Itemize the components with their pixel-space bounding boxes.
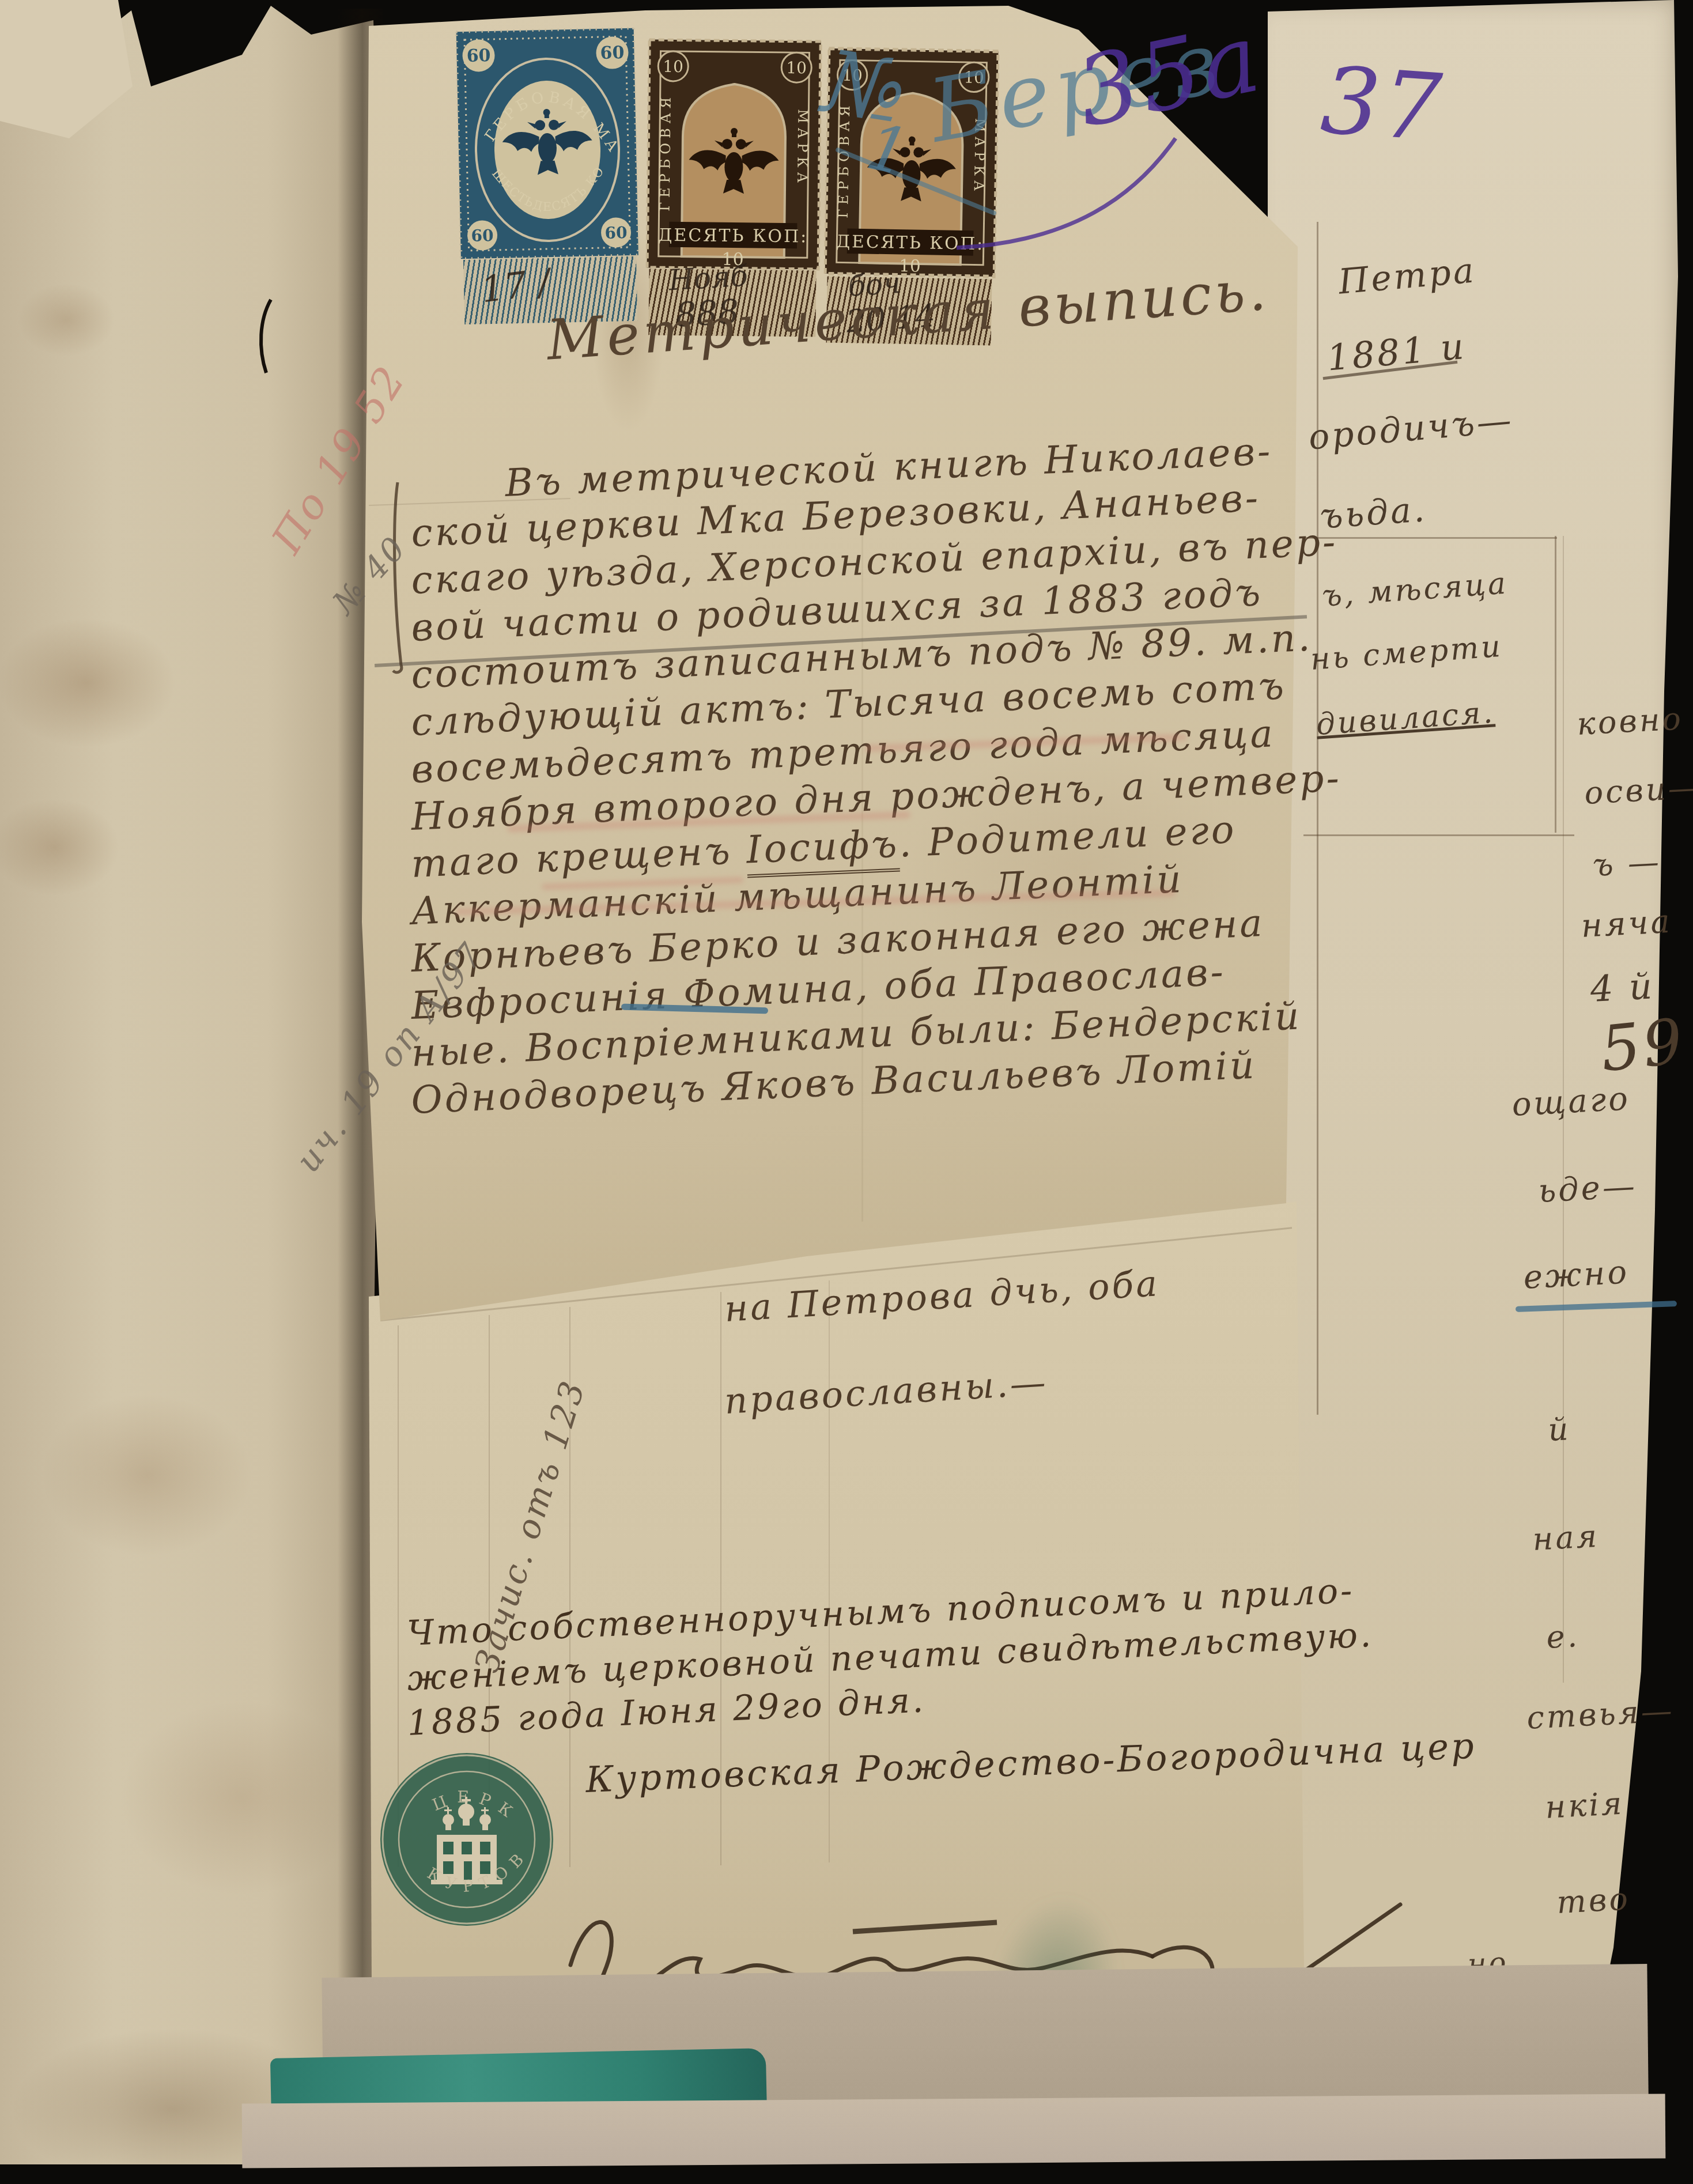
revenue-stamp-60kop: ГЕРБОВАЯ МАРКА ШЕСТЬДЕСЯТЪ КОП. 60 60 60…	[455, 27, 641, 327]
right-page-column-rule	[1317, 222, 1318, 1415]
stamp-60-artwork: ГЕРБОВАЯ МАРКА ШЕСТЬДЕСЯТЪ КОП. 60 60 60…	[455, 27, 640, 260]
edge-fragment: 4 й	[1589, 965, 1656, 1010]
right-page-cell-rule-h2	[1303, 834, 1574, 836]
stamp-cancellation: 17 /	[479, 260, 553, 311]
left-blank-page	[0, 0, 381, 2164]
father-surname: Берко	[648, 921, 782, 971]
edge-fragment: тво	[1556, 1880, 1631, 1921]
stamp-value: 60	[600, 43, 624, 63]
stamp-side-text: МАРКА	[794, 109, 811, 187]
bottom-paper-band	[242, 2094, 1666, 2168]
edge-fragment: 59	[1597, 1006, 1688, 1086]
church-seal: ЦЕРК КУРТОВ	[372, 1747, 562, 1937]
stamp-bottom-value: 10	[899, 256, 921, 276]
edge-fragment: осви—	[1584, 769, 1693, 811]
stamp-value: 10	[663, 57, 683, 76]
edge-fragment: нкія	[1544, 1785, 1625, 1826]
stamp-side-text: ГЕРБОВАЯ	[657, 93, 674, 211]
stamp-value: 60	[466, 46, 490, 66]
stamp-value: 60	[604, 223, 628, 243]
edge-fragment: ная	[1532, 1518, 1600, 1558]
stamp-bottom-label: ДЕСЯТЬ КОП:	[658, 225, 808, 247]
archival-scan: 37 Петра 1881 и ородичъ— ъьда. ъ, мѣсяца…	[0, 0, 1693, 2184]
stamp-value: 10	[786, 58, 807, 77]
edge-fragment: й	[1547, 1411, 1571, 1448]
binding-thread	[254, 297, 277, 377]
page-number-purple: 37	[1318, 46, 1447, 162]
ink-margin-bracket	[391, 479, 408, 678]
stamp-10-artwork: 10 10 ГЕРБОВАЯ МАРКА ДЕСЯТЬ КОП: 10	[646, 38, 822, 270]
stamp-value: 60	[471, 226, 494, 245]
edge-fragment: ъ —	[1592, 844, 1662, 883]
edge-fragment: ощаго	[1511, 1080, 1631, 1124]
edge-fragment: ежно	[1522, 1253, 1630, 1297]
edge-fragment: ствья—	[1526, 1692, 1675, 1736]
edge-fragment: е.	[1545, 1618, 1580, 1656]
edge-fragment: ьде—	[1537, 1167, 1638, 1210]
purple-flourish	[945, 127, 1187, 265]
right-page-cell-rule-v	[1555, 536, 1556, 833]
edge-fragment: ковно	[1576, 700, 1684, 742]
right-page-cell-rule-h1	[1303, 537, 1557, 539]
edge-fragment: няча	[1580, 903, 1673, 945]
